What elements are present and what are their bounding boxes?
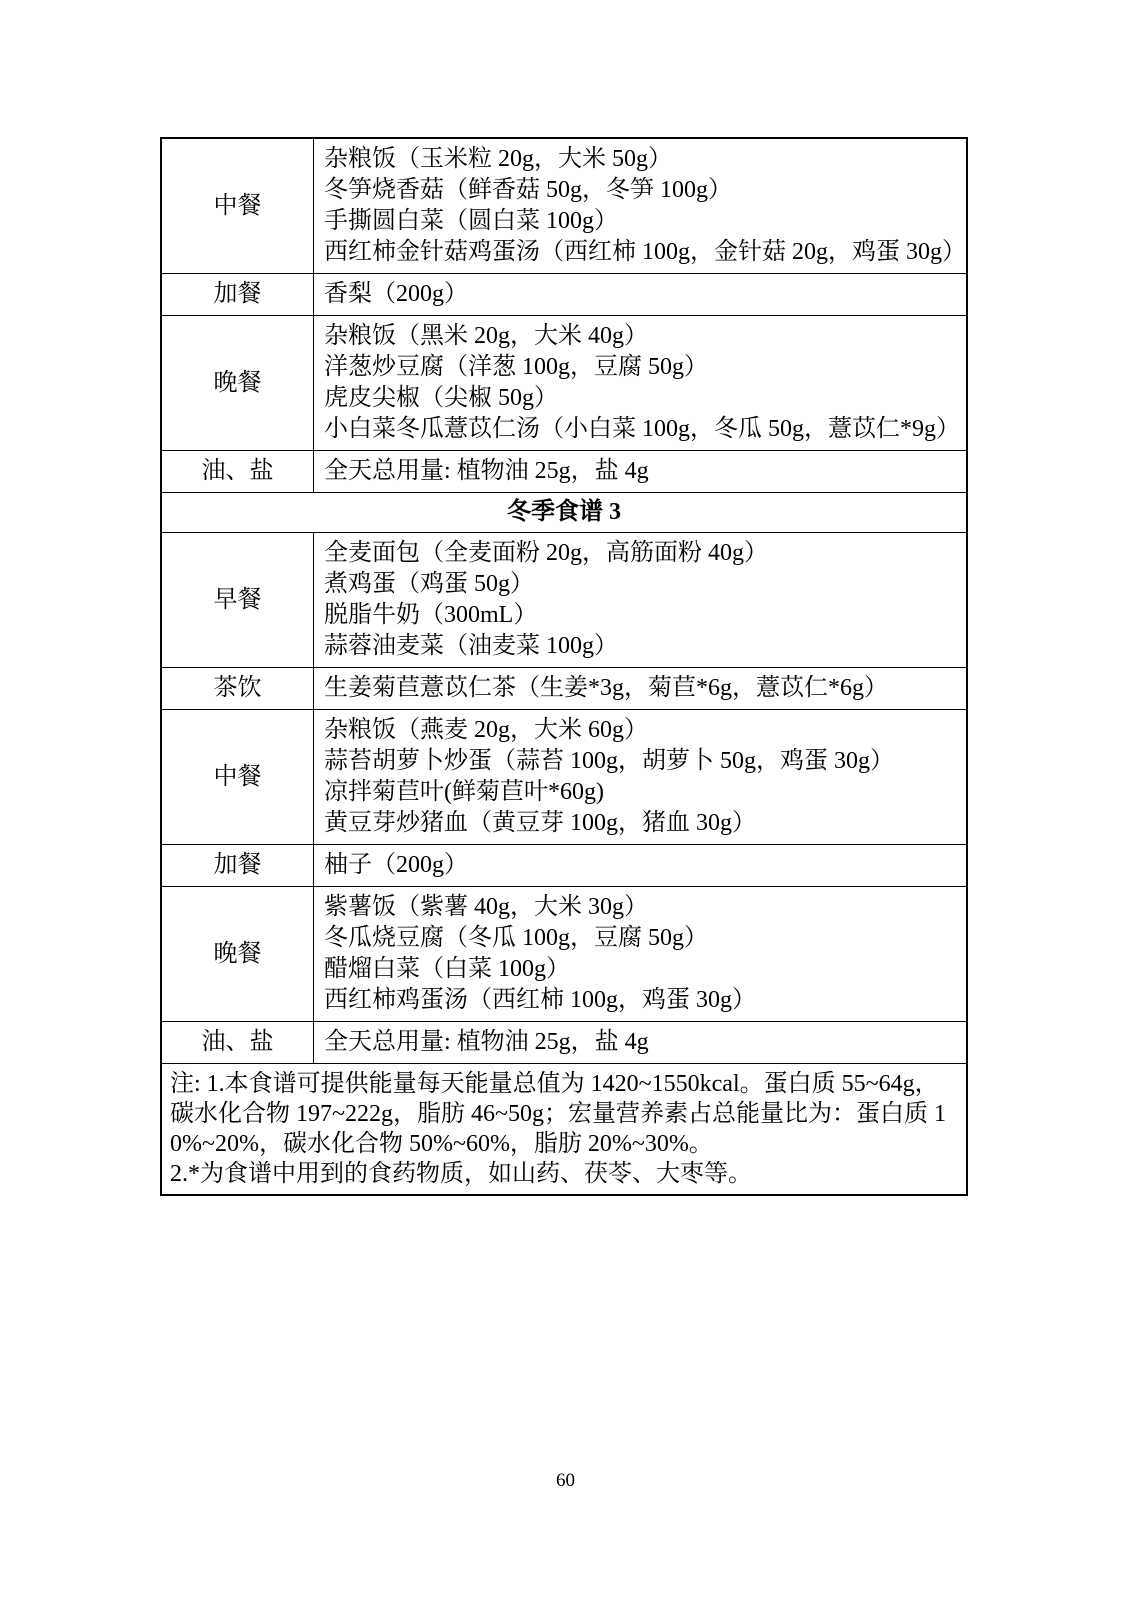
note-line: 2.*为食谱中用到的食药物质，如山药、茯苓、大枣等。 (170, 1159, 958, 1189)
meal-row: 晚餐杂粮饭（黑米 20g，大米 40g）洋葱炒豆腐（洋葱 100g，豆腐 50g… (161, 316, 967, 451)
dish-line: 柚子（200g） (324, 850, 956, 881)
dish-line: 虎皮尖椒（尖椒 50g） (324, 383, 956, 414)
dish-line: 西红柿鸡蛋汤（西红柿 100g，鸡蛋 30g） (324, 985, 956, 1016)
meal-label: 晚餐 (161, 887, 314, 1022)
meal-plan-table-body: 中餐杂粮饭（玉米粒 20g，大米 50g）冬笋烧香菇（鲜香菇 50g，冬笋 10… (161, 138, 967, 1195)
meal-row: 加餐香梨（200g） (161, 274, 967, 316)
meal-row: 茶饮生姜菊苣薏苡仁茶（生姜*3g，菊苣*6g，薏苡仁*6g） (161, 668, 967, 710)
dish-line: 杂粮饭（黑米 20g，大米 40g） (324, 321, 956, 352)
dish-line: 洋葱炒豆腐（洋葱 100g，豆腐 50g） (324, 352, 956, 383)
meal-items: 全天总用量: 植物油 25g，盐 4g (314, 451, 968, 493)
dish-line: 杂粮饭（燕麦 20g，大米 60g） (324, 715, 956, 746)
meal-label: 加餐 (161, 274, 314, 316)
meal-row: 加餐柚子（200g） (161, 845, 967, 887)
meal-label: 加餐 (161, 845, 314, 887)
note-cell: 注: 1.本食谱可提供能量每天能量总值为 1420~1550kcal。蛋白质 5… (161, 1064, 967, 1196)
meal-items: 柚子（200g） (314, 845, 968, 887)
meal-items: 杂粮饭（燕麦 20g，大米 60g）蒜苔胡萝卜炒蛋（蒜苔 100g，胡萝卜 50… (314, 710, 968, 845)
dish-line: 西红柿金针菇鸡蛋汤（西红柿 100g，金针菇 20g，鸡蛋 30g） (324, 237, 956, 268)
meal-row: 中餐杂粮饭（燕麦 20g，大米 60g）蒜苔胡萝卜炒蛋（蒜苔 100g，胡萝卜 … (161, 710, 967, 845)
dish-line: 紫薯饭（紫薯 40g，大米 30g） (324, 892, 956, 923)
meal-label: 中餐 (161, 138, 314, 274)
meal-items: 杂粮饭（玉米粒 20g，大米 50g）冬笋烧香菇（鲜香菇 50g，冬笋 100g… (314, 138, 968, 274)
dish-line: 醋熘白菜（白菜 100g） (324, 954, 956, 985)
page-number: 60 (0, 1470, 1131, 1492)
dish-line: 冬瓜烧豆腐（冬瓜 100g，豆腐 50g） (324, 923, 956, 954)
meal-label: 晚餐 (161, 316, 314, 451)
meal-label: 中餐 (161, 710, 314, 845)
dish-line: 煮鸡蛋（鸡蛋 50g） (324, 569, 956, 600)
meal-items: 全天总用量: 植物油 25g，盐 4g (314, 1022, 968, 1064)
meal-label: 油、盐 (161, 451, 314, 493)
meal-items: 香梨（200g） (314, 274, 968, 316)
meal-label: 油、盐 (161, 1022, 314, 1064)
meal-row: 油、盐全天总用量: 植物油 25g，盐 4g (161, 1022, 967, 1064)
dish-line: 全天总用量: 植物油 25g，盐 4g (324, 456, 956, 487)
meal-items: 全麦面包（全麦面粉 20g，高筋面粉 40g）煮鸡蛋（鸡蛋 50g）脱脂牛奶（3… (314, 533, 968, 668)
dish-line: 蒜苔胡萝卜炒蛋（蒜苔 100g，胡萝卜 50g，鸡蛋 30g） (324, 746, 956, 777)
dish-line: 香梨（200g） (324, 279, 956, 310)
section-title: 冬季食谱 3 (161, 493, 967, 533)
meal-label: 早餐 (161, 533, 314, 668)
dish-line: 蒜蓉油麦菜（油麦菜 100g） (324, 631, 956, 662)
dish-line: 杂粮饭（玉米粒 20g，大米 50g） (324, 144, 956, 175)
meal-items: 杂粮饭（黑米 20g，大米 40g）洋葱炒豆腐（洋葱 100g，豆腐 50g）虎… (314, 316, 968, 451)
dish-line: 冬笋烧香菇（鲜香菇 50g，冬笋 100g） (324, 175, 956, 206)
meal-row: 晚餐紫薯饭（紫薯 40g，大米 30g）冬瓜烧豆腐（冬瓜 100g，豆腐 50g… (161, 887, 967, 1022)
note-line: 注: 1.本食谱可提供能量每天能量总值为 1420~1550kcal。蛋白质 5… (170, 1069, 958, 1159)
meal-plan-table: 中餐杂粮饭（玉米粒 20g，大米 50g）冬笋烧香菇（鲜香菇 50g，冬笋 10… (160, 137, 968, 1196)
dish-line: 全天总用量: 植物油 25g，盐 4g (324, 1027, 956, 1058)
dish-line: 小白菜冬瓜薏苡仁汤（小白菜 100g，冬瓜 50g，薏苡仁*9g） (324, 414, 956, 445)
dish-line: 凉拌菊苣叶(鲜菊苣叶*60g) (324, 777, 956, 808)
dish-line: 黄豆芽炒猪血（黄豆芽 100g，猪血 30g） (324, 808, 956, 839)
meal-row: 中餐杂粮饭（玉米粒 20g，大米 50g）冬笋烧香菇（鲜香菇 50g，冬笋 10… (161, 138, 967, 274)
dish-line: 生姜菊苣薏苡仁茶（生姜*3g，菊苣*6g，薏苡仁*6g） (324, 673, 956, 704)
meal-row: 早餐全麦面包（全麦面粉 20g，高筋面粉 40g）煮鸡蛋（鸡蛋 50g）脱脂牛奶… (161, 533, 967, 668)
section-header-row: 冬季食谱 3 (161, 493, 967, 533)
dish-line: 全麦面包（全麦面粉 20g，高筋面粉 40g） (324, 538, 956, 569)
note-row: 注: 1.本食谱可提供能量每天能量总值为 1420~1550kcal。蛋白质 5… (161, 1064, 967, 1196)
meal-items: 紫薯饭（紫薯 40g，大米 30g）冬瓜烧豆腐（冬瓜 100g，豆腐 50g）醋… (314, 887, 968, 1022)
meal-items: 生姜菊苣薏苡仁茶（生姜*3g，菊苣*6g，薏苡仁*6g） (314, 668, 968, 710)
meal-label: 茶饮 (161, 668, 314, 710)
dish-line: 脱脂牛奶（300mL） (324, 600, 956, 631)
dish-line: 手撕圆白菜（圆白菜 100g） (324, 206, 956, 237)
meal-row: 油、盐全天总用量: 植物油 25g，盐 4g (161, 451, 967, 493)
